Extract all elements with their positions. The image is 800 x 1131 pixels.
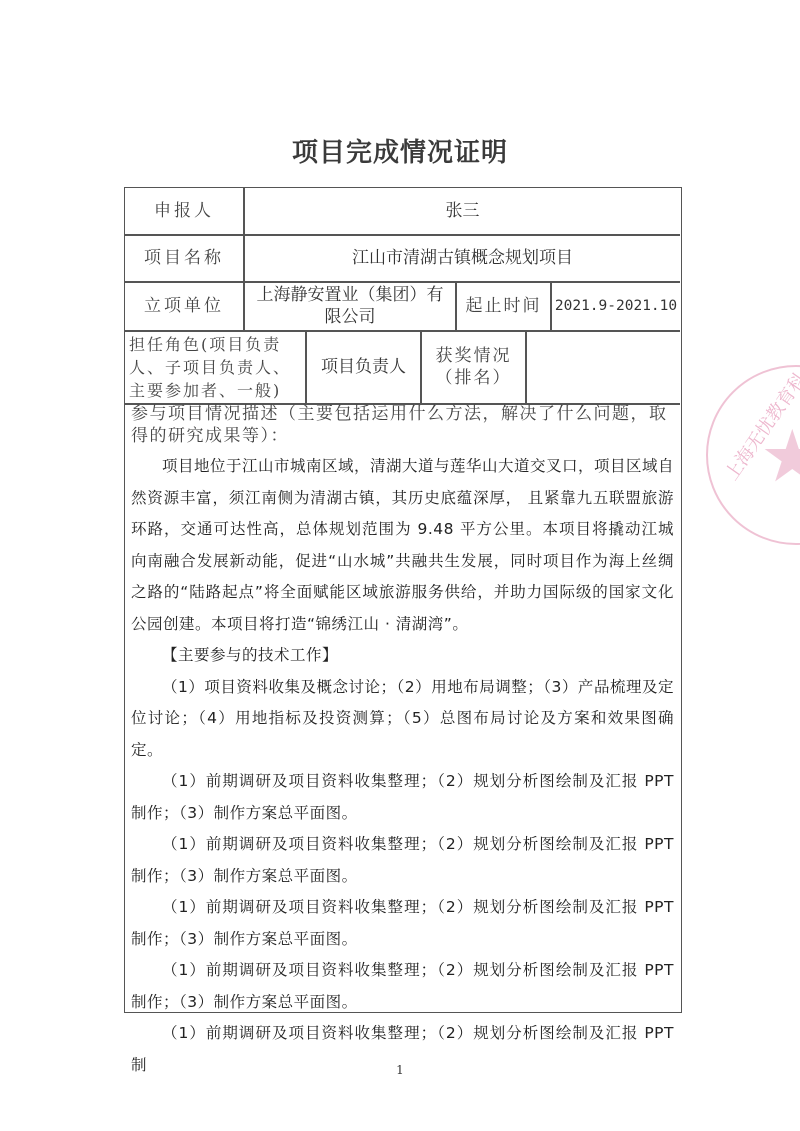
description-section: 参与项目情况描述（主要包括运用什么方法，解决了什么问题，取得的研究成果等）： 项… [125, 403, 680, 1081]
awards-value [527, 331, 680, 403]
tech-work-item: （1）前期调研及项目资料收集整理；（2）规划分析图绘制及汇报 PPT 制作；（3… [131, 955, 674, 1018]
organization-label: 立项单位 [125, 282, 243, 330]
tech-work-item: （1）前期调研及项目资料收集整理；（2）规划分析图绘制及汇报 PPT 制作；（3… [131, 892, 674, 955]
page-number: 1 [0, 1063, 800, 1077]
organization-value: 上海静安置业（集团）有限公司 [247, 282, 453, 330]
tech-work-item: （1）前期调研及项目资料收集整理；（2）规划分析图绘制及汇报 PPT 制作；（3… [131, 829, 674, 892]
role-value: 项目负责人 [307, 331, 420, 403]
period-value: 2021.9-2021.10 [552, 282, 680, 330]
tech-work-heading: 【主要参与的技术工作】 [131, 640, 674, 672]
document-title: 项目完成情况证明 [0, 132, 800, 169]
tech-work-item: （1）项目资料收集及概念讨论；（2）用地布局调整；（3）产品梳理及定位讨论；（4… [131, 672, 674, 767]
period-label: 起止时间 [457, 282, 550, 330]
tech-work-item: （1）前期调研及项目资料收集整理；（2）规划分析图绘制及汇报 PPT 制作；（3… [131, 766, 674, 829]
description-intro: 项目地位于江山市城南区域，清湖大道与莲华山大道交叉口，项目区域自然资源丰富，须江… [131, 451, 674, 640]
description-heading: 参与项目情况描述（主要包括运用什么方法，解决了什么问题，取得的研究成果等）： [131, 403, 674, 447]
awards-label: 获奖情况（排名） [422, 331, 525, 403]
info-table: 申报人 张三 项目名称 江山市清湖古镇概念规划项目 立项单位 上海静安置业（集团… [124, 187, 682, 1013]
project-name-label: 项目名称 [125, 235, 243, 281]
role-label: 担任角色(项目负责人、子项目负责人、主要参加者、一般) [129, 331, 305, 403]
applicant-value: 张三 [245, 188, 680, 234]
applicant-label: 申报人 [125, 188, 243, 234]
project-name-value: 江山市清湖古镇概念规划项目 [245, 235, 680, 281]
